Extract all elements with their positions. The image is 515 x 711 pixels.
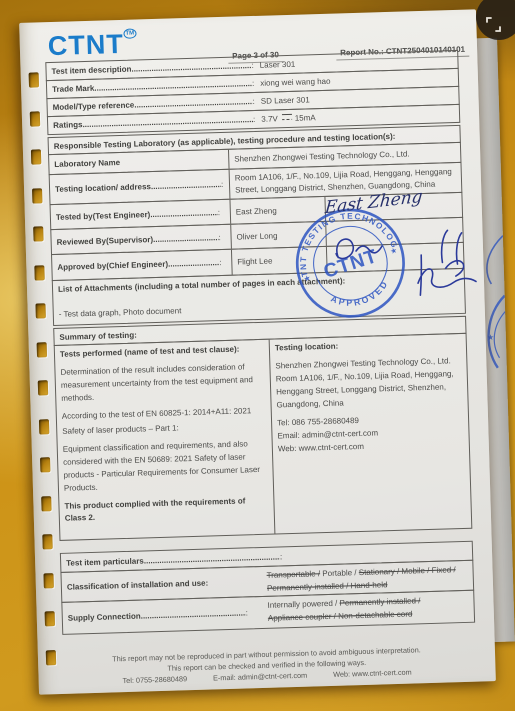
- report-body: Test item description...................…: [45, 51, 475, 635]
- summary-conclusion: This product complied with the requireme…: [64, 494, 269, 526]
- option-struck: Stationary / Mobile / Fixed /: [359, 565, 456, 577]
- dc-symbol-icon: [282, 114, 292, 122]
- summary-paragraph: Determination of the result includes con…: [60, 361, 265, 406]
- field-value: SD Laser 301: [255, 95, 310, 106]
- row-summary-body: Tests performed (name of test and test c…: [54, 333, 473, 541]
- option-selected: Internally powered /: [267, 599, 339, 610]
- field-value: Oliver Long: [231, 222, 327, 249]
- binding-hole: [43, 573, 53, 588]
- field-label: Classification of installation and use:: [61, 567, 262, 602]
- tests-performed-title: Tests performed (name of test and test c…: [60, 343, 264, 362]
- binding-holes: [19, 9, 476, 23]
- field-value: 3.7V15mA: [255, 113, 316, 124]
- trademark-symbol: TM: [123, 28, 136, 38]
- binding-hole: [33, 226, 43, 241]
- binding-hole: [37, 342, 47, 357]
- ctnt-logo: CTNTTM: [47, 30, 136, 60]
- field-value: xiong wei wang hao: [254, 77, 331, 88]
- field-value: Internally powered / Permanently install…: [262, 591, 474, 628]
- footer-web: Web: www.ctnt-cert.com: [333, 667, 412, 678]
- binding-hole: [41, 496, 51, 511]
- binding-hole: [35, 303, 45, 318]
- option-struck: Appliance coupler / Non-detachable cord: [268, 609, 413, 622]
- binding-hole: [38, 380, 48, 395]
- field-label: Trade Mark..............................…: [52, 79, 252, 94]
- field-value: East Zheng: [230, 197, 326, 224]
- footer-disclaimer: This report may not be reproduced in par…: [38, 643, 496, 689]
- field-label: Test item description...................…: [51, 61, 251, 76]
- report-page: CTNTTM Page 3 of 30 Report No.: CTNT2504…: [19, 9, 496, 694]
- colon: :: [280, 552, 283, 561]
- field-label: Model/Type reference....................…: [53, 97, 253, 112]
- summary-paragraph: Equipment classification and requirement…: [63, 437, 268, 495]
- binding-hole: [42, 534, 52, 549]
- tests-performed-column: Tests performed (name of test and test c…: [55, 340, 276, 540]
- binding-hole: [40, 457, 50, 472]
- testing-location-title: Testing location:: [275, 337, 461, 355]
- footer-email: E-mail: admin@ctnt-cert.com: [213, 671, 307, 683]
- field-value: Laser 301: [254, 60, 296, 70]
- attachments-header: List of Attachments (including a total n…: [58, 276, 345, 294]
- binding-hole: [39, 419, 49, 434]
- option-selected: Portable /: [320, 568, 359, 578]
- attachments-item: - Test data graph, Photo document: [59, 306, 182, 319]
- field-label: Testing location/ address...............…: [50, 170, 231, 204]
- testing-location-column: Testing location: Shenzhen Zhongwei Test…: [270, 334, 472, 534]
- field-label: Test item particulars...................…: [66, 552, 280, 567]
- footer-tel: Tel: 0755-28680489: [122, 674, 187, 685]
- binding-hole: [31, 149, 41, 164]
- field-label: Ratings.................................…: [53, 115, 253, 130]
- fullscreen-button[interactable]: [476, 0, 515, 40]
- signature-area: [326, 218, 463, 246]
- option-struck: Permanently-installed / Hand-held: [267, 580, 388, 593]
- field-value: Flight Lee: [232, 247, 328, 275]
- photo-of-test-report: { "header": { "logo": "CTNT", "logo_tm":…: [0, 0, 515, 711]
- binding-hole: [29, 72, 39, 87]
- fullscreen-icon: [486, 17, 501, 32]
- signature-area: [325, 193, 462, 221]
- option-struck: Permanently installed /: [339, 596, 420, 607]
- binding-hole: [34, 265, 44, 280]
- signature-area: [327, 243, 464, 272]
- binding-hole: [45, 611, 55, 626]
- field-label: Supply Connection.......................…: [62, 597, 263, 634]
- binding-hole: [32, 188, 42, 203]
- binding-hole: [30, 111, 40, 126]
- section-header: Summary of testing:: [59, 330, 137, 341]
- option-struck: Transportable /: [266, 569, 320, 580]
- svg-text:★: ★: [487, 333, 494, 342]
- field-label: Approved by(Chief Engineer).............…: [52, 250, 233, 280]
